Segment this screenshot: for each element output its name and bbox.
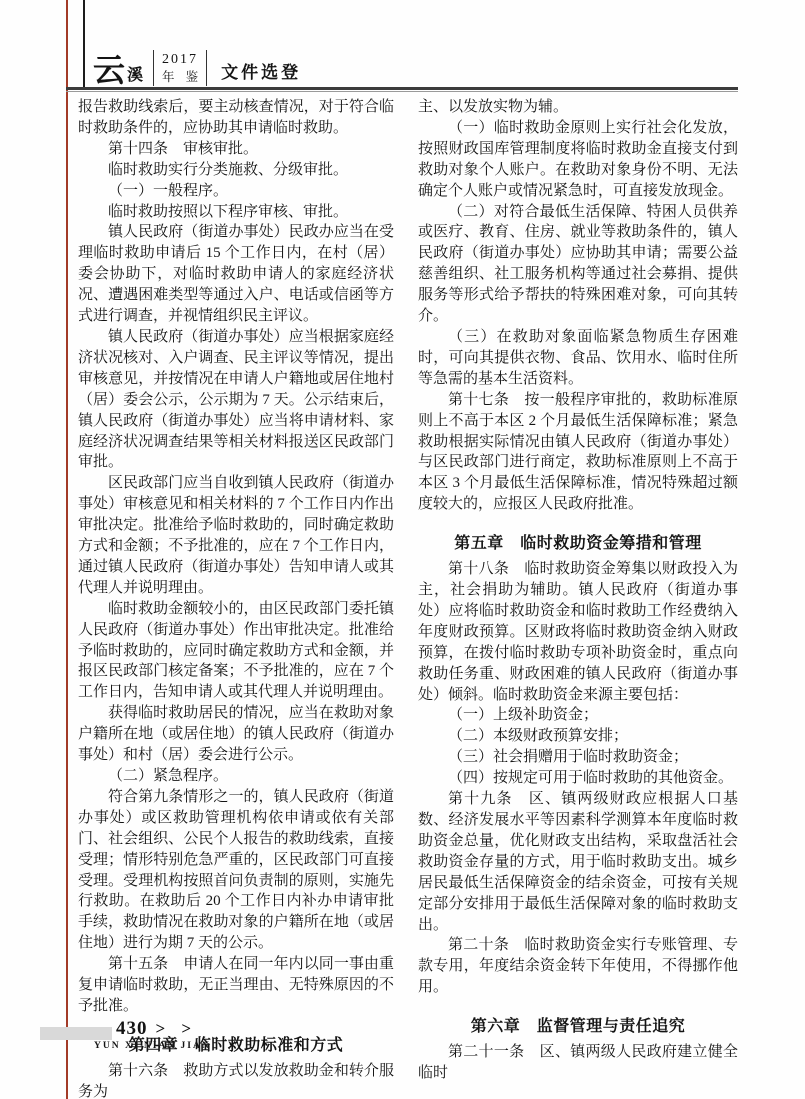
body-paragraph: 临时救助实行分类施救、分级审批。 — [78, 160, 394, 181]
body-paragraph: 镇人民政府（街道办事处）民政办应当在受理临时救助申请后 15 个工作日内，在村（… — [78, 222, 394, 327]
body-paragraph: 镇人民政府（街道办事处）应当根据家庭经济状况核对、入户调查、民主评议等情况，提出… — [78, 327, 394, 473]
body-paragraph: 第二十一条 区、镇两级人民政府建立健全临时 — [418, 1042, 738, 1084]
page-number: 430 — [116, 1018, 148, 1039]
romanized-title: YUN XI NIAN JIAN — [94, 1041, 211, 1051]
chevrons-icon: > > — [156, 1019, 198, 1038]
body-paragraph: 区民政部门应当自收到镇人民政府（街道办事处）审核意见和相关材料的 7 个工作日内… — [78, 473, 394, 598]
body-paragraph: （二）本级财政预算安排； — [418, 726, 738, 747]
document-body: 报告救助线索后，要主动核查情况，对于符合临时救助条件的，应协助其申请临时救助。第… — [78, 97, 738, 1099]
left-column: 报告救助线索后，要主动核查情况，对于符合临时救助条件的，应协助其申请临时救助。第… — [78, 97, 394, 1099]
logo-year: 2017 — [162, 52, 202, 69]
body-paragraph: 获得临时救助居民的情况，应当在救助对象户籍所在地（或居住地）的镇人民政府（街道办… — [78, 703, 394, 766]
body-paragraph: （四）按规定可用于临时救助的其他资金。 — [418, 768, 738, 789]
body-paragraph: 第十七条 按一般程序审批的，救助标准原则上不高于本区 2 个月最低生活保障标准；… — [418, 390, 738, 515]
body-paragraph: 报告救助线索后，要主动核查情况，对于符合临时救助条件的，应协助其申请临时救助。 — [78, 97, 394, 139]
section-title: 文件选登 — [221, 58, 301, 83]
body-paragraph: 临时救助按照以下程序审核、审批。 — [78, 202, 394, 223]
body-paragraph: 第二十条 临时救助资金实行专账管理、专款专用，年度结余资金转下年使用，不得挪作他… — [418, 935, 738, 998]
body-paragraph: 第十四条 审核审批。 — [78, 139, 394, 160]
body-paragraph: （三）社会捐赠用于临时救助资金； — [418, 747, 738, 768]
body-paragraph: 第十六条 救助方式以发放救助金和转介服务为 — [78, 1061, 394, 1099]
logo-divider — [206, 50, 207, 86]
header-horizontal-rule — [66, 87, 738, 92]
right-column: 主、以发放实物为辅。（一）临时救助金原则上实行社会化发放，按照财政国库管理制度将… — [418, 97, 738, 1099]
body-paragraph: 临时救助金额较小的，由区民政部门委托镇人民政府（街道办事处）作出审批决定。批准给… — [78, 599, 394, 704]
header-vertical-rule — [83, 0, 85, 88]
footer-gray-bar — [40, 1027, 112, 1040]
body-paragraph: （一）一般程序。 — [78, 181, 394, 202]
body-paragraph: 第十八条 临时救助资金筹集以财政投入为主，社会捐助为辅助。镇人民政府（街道办事处… — [418, 559, 738, 705]
logo-char-main: 云 — [93, 54, 125, 86]
body-paragraph: 第十五条 申请人在同一年内以同一事由重复申请临时救助，无正当理由、无特殊原因的不… — [78, 954, 394, 1017]
body-paragraph: （一）临时救助金原则上实行社会化发放，按照财政国库管理制度将临时救助金直接支付到… — [418, 118, 738, 202]
logo-divider — [153, 50, 154, 86]
body-paragraph: （二）对符合最低生活保障、特困人员供养或医疗、教育、住房、就业等救助条件的，镇人… — [418, 202, 738, 327]
body-paragraph: 符合第九条情形之一的，镇人民政府（街道办事处）或区救助管理机构依申请或依有关部门… — [78, 787, 394, 954]
logo-char-sub: 溪 — [127, 68, 143, 84]
body-paragraph: （二）紧急程序。 — [78, 766, 394, 787]
chapter-heading: 第六章 监督管理与责任追究 — [418, 1015, 738, 1039]
logo-yearbook-label: 年 鉴 — [162, 69, 202, 85]
yearbook-logo: 云 溪 2017 年 鉴 文件选登 — [93, 44, 301, 86]
body-paragraph: （一）上级补助资金； — [418, 705, 738, 726]
footer-page-number-row: 430> > — [116, 1018, 197, 1040]
body-paragraph: 主、以发放实物为辅。 — [418, 97, 738, 118]
body-paragraph: （三）在救助对象面临紧急物质生存困难时，可向其提供衣物、食品、饮用水、临时住所等… — [418, 327, 738, 390]
chapter-heading: 第五章 临时救助资金筹措和管理 — [418, 532, 738, 556]
body-paragraph: 第十九条 区、镇两级财政应根据人口基数、经济发展水平等因素科学测算本年度临时救助… — [418, 789, 738, 935]
yearbook-page: 云 溪 2017 年 鉴 文件选登 报告救助线索后，要主动核查情况，对于符合临时… — [0, 0, 805, 1099]
red-margin-rule — [66, 0, 68, 1099]
logo-year-block: 2017 年 鉴 — [162, 52, 202, 85]
